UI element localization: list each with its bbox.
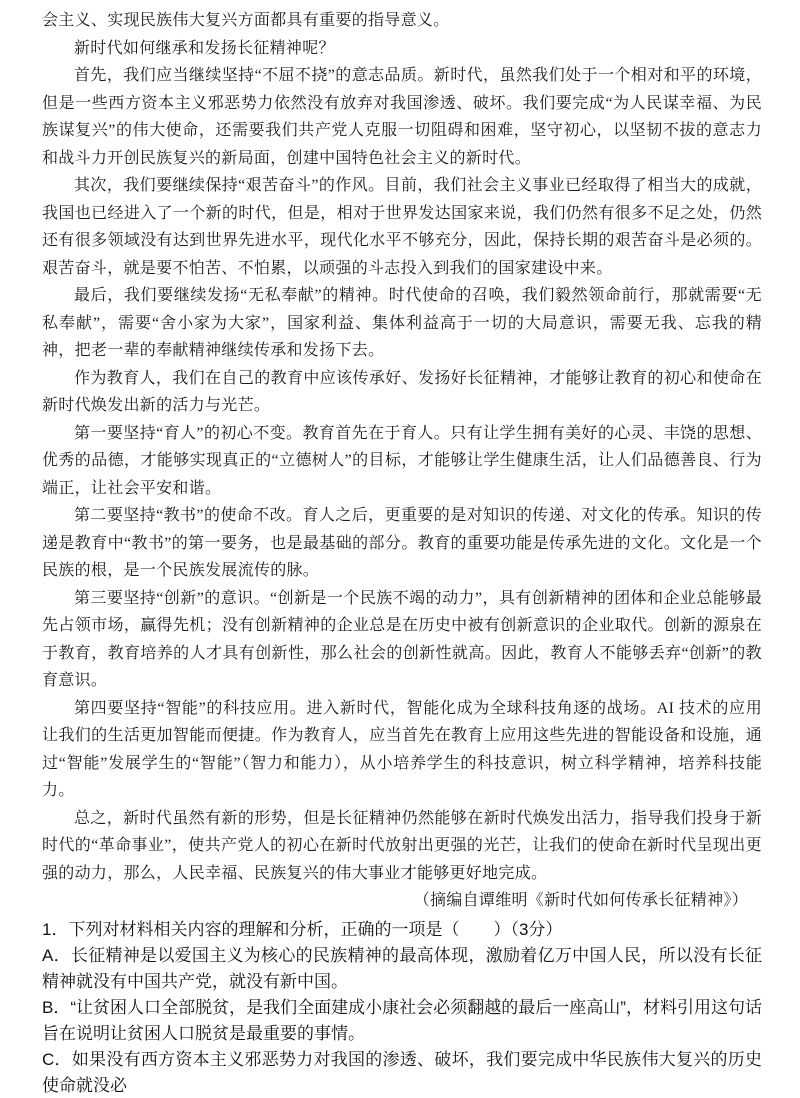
- option-b-text: “让贫困人口全部脱贫，是我们全面建成小康社会必须翻越的最后一座高山”，材料引用这…: [42, 998, 762, 1043]
- passage-attribution: （摘编自谭维明《新时代如何传承长征精神》）: [42, 887, 762, 915]
- passage-paragraph: 第三要坚持“创新”的意识。“创新是一个民族不竭的动力”，具有创新精神的团体和企业…: [42, 585, 762, 695]
- option-b-label: B．: [42, 998, 70, 1017]
- question-option-b: B．“让贫困人口全部脱贫，是我们全面建成小康社会必须翻越的最后一座高山”，材料引…: [42, 995, 762, 1047]
- option-c-label: C．: [42, 1050, 72, 1069]
- option-c-text: 如果没有西方资本主义邪恶势力对我国的渗透、破坏，我们要完成中华民族伟大复兴的历史…: [42, 1050, 762, 1095]
- option-a-text: 长征精神是以爱国主义为核心的民族精神的最高体现，激励着亿万中国人民，所以没有长征…: [42, 946, 762, 991]
- passage-paragraph: 新时代如何继承和发扬长征精神呢？: [42, 35, 762, 63]
- passage-paragraph-continuation: 会主义、实现民族伟大复兴方面都具有重要的指导意义。: [42, 7, 762, 35]
- question-option-a: A．长征精神是以爱国主义为核心的民族精神的最高体现，激励着亿万中国人民，所以没有…: [42, 943, 762, 995]
- passage-paragraph: 作为教育人，我们在自己的教育中应该传承好、发扬好长征精神，才能够让教育的初心和使…: [42, 365, 762, 420]
- document-page: 会主义、实现民族伟大复兴方面都具有重要的指导意义。 新时代如何继承和发扬长征精神…: [0, 0, 800, 1098]
- reading-passage: 会主义、实现民族伟大复兴方面都具有重要的指导意义。 新时代如何继承和发扬长征精神…: [42, 7, 762, 915]
- question-option-c: C．如果没有西方资本主义邪恶势力对我国的渗透、破坏，我们要完成中华民族伟大复兴的…: [42, 1047, 762, 1098]
- passage-paragraph: 总之，新时代虽然有新的形势，但是长征精神仍然能够在新时代焕发出活力，指导我们投身…: [42, 805, 762, 888]
- passage-paragraph: 最后，我们要继续发扬“无私奉献”的精神。时代使命的召唤，我们毅然领命前行，那就需…: [42, 282, 762, 365]
- question-stem: 1．下列对材料相关内容的理解和分析，正确的一项是（ ）（3分）: [42, 917, 762, 943]
- passage-paragraph: 第四要坚持“智能”的科技应用。进入新时代，智能化成为全球科技角逐的战场。AI 技…: [42, 695, 762, 805]
- passage-paragraph: 其次，我们要继续保持“艰苦奋斗”的作风。目前，我们社会主义事业已经取得了相当大的…: [42, 172, 762, 282]
- passage-paragraph: 第二要坚持“教书”的使命不改。育人之后，更重要的是对知识的传递、对文化的传承。知…: [42, 502, 762, 585]
- passage-paragraph: 第一要坚持“育人”的初心不变。教育首先在于育人。只有让学生拥有美好的心灵、丰饶的…: [42, 420, 762, 503]
- passage-paragraph: 首先，我们应当继续坚持“不屈不挠”的意志品质。新时代，虽然我们处于一个相对和平的…: [42, 62, 762, 172]
- question-1: 1．下列对材料相关内容的理解和分析，正确的一项是（ ）（3分） A．长征精神是以…: [42, 917, 762, 1098]
- option-a-label: A．: [42, 946, 71, 965]
